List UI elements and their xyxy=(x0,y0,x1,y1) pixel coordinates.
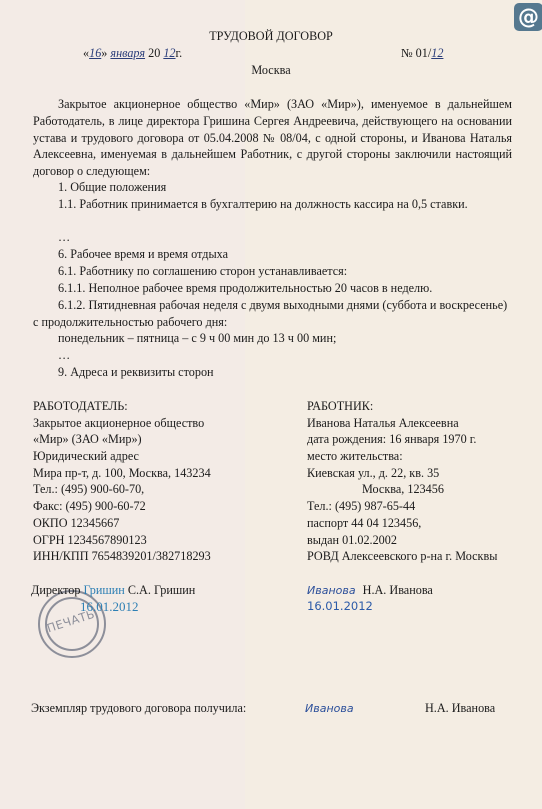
section-1-heading: 1. Общие положения xyxy=(58,180,166,195)
employee-line: паспорт 44 04 123456, xyxy=(307,515,497,532)
employee-signature: Иванова xyxy=(307,584,356,597)
employer-sign-title: Директор xyxy=(31,583,80,597)
clause-1-1: 1.1. Работник принимается в бухгалтерию … xyxy=(58,197,468,212)
employee-line: РОВД Алексеевского р-на г. Москвы xyxy=(307,548,497,565)
receipt-label: Экземпляр трудового договора получила: xyxy=(31,701,246,716)
employer-line: ОКПО 12345667 xyxy=(33,515,211,532)
number-prefix: № 01/ xyxy=(401,46,431,60)
employee-line: место жительства: xyxy=(307,448,497,465)
employee-line: Иванова Наталья Алексеевна xyxy=(307,415,497,432)
at-sign-icon: @ xyxy=(514,3,542,31)
employer-line: ИНН/КПП 7654839201/382718293 xyxy=(33,548,211,565)
employee-line: дата рождения: 16 января 1970 г. xyxy=(307,431,497,448)
contract-number: № 01/12 xyxy=(401,46,443,61)
employer-line: Закрытое акционерное общество xyxy=(33,415,211,432)
date-century: 20 xyxy=(148,46,160,60)
employee-line: Тел.: (495) 987-65-44 xyxy=(307,498,497,515)
date-day: 16 xyxy=(89,46,101,60)
employer-line: ОГРН 1234567890123 xyxy=(33,532,211,549)
employee-line: Киевская ул., д. 22, кв. 35 xyxy=(307,465,497,482)
clause-6-1-2: 6.1.2. Пятидневная рабочая неделя с двум… xyxy=(58,298,507,313)
date-month: января xyxy=(110,46,145,60)
employer-line: Факс: (495) 900-60-72 xyxy=(33,498,211,515)
clause-6-1-1: 6.1.1. Неполное рабочее время продолжите… xyxy=(58,281,432,296)
employer-line: «Мир» (ЗАО «Мир») xyxy=(33,431,211,448)
section-6-heading: 6. Рабочее время и время отдыха xyxy=(58,247,228,262)
employer-sign-date: 16.01.2012 xyxy=(80,599,139,615)
clause-6-1: 6.1. Работнику по соглашению сторон уста… xyxy=(58,264,347,279)
contract-city: Москва xyxy=(0,63,542,78)
ellipsis-1: … xyxy=(58,230,70,245)
employer-heading: РАБОТОДАТЕЛЬ: xyxy=(33,398,211,415)
date-suffix: г. xyxy=(176,46,183,60)
employee-heading: РАБОТНИК: xyxy=(307,398,497,415)
employer-details: РАБОТОДАТЕЛЬ: Закрытое акционерное общес… xyxy=(33,398,211,565)
employer-signature-line: Директор Гришин С.А. Гришин xyxy=(31,583,195,598)
date-year: 12 xyxy=(163,46,175,60)
employee-signature-line: Иванова Н.А. Иванова xyxy=(307,583,433,598)
employee-line: выдан 01.02.2002 xyxy=(307,532,497,549)
clause-6-1-2-cont: с продолжительностью рабочего дня: xyxy=(33,315,227,330)
receipt-signature: Иванова xyxy=(305,702,354,715)
work-schedule: понедельник – пятница – с 9 ч 00 мин до … xyxy=(58,331,336,346)
intro-paragraph: Закрытое акционерное общество «Мир» (ЗАО… xyxy=(33,96,512,180)
employer-line: Мира пр-т, д. 100, Москва, 143234 xyxy=(33,465,211,482)
section-9-heading: 9. Адреса и реквизиты сторон xyxy=(58,365,214,380)
employee-line: Москва, 123456 xyxy=(307,481,497,498)
employer-line: Тел.: (495) 900-60-70, xyxy=(33,481,211,498)
contract-date: «16» января 20 12г. xyxy=(83,46,182,61)
employee-details: РАБОТНИК: Иванова Наталья Алексеевна дат… xyxy=(307,398,497,565)
employee-sign-date: 16.01.2012 xyxy=(307,599,373,613)
employer-sign-name: С.А. Гришин xyxy=(128,583,195,597)
employer-signature: Гришин xyxy=(84,583,125,597)
document-title: ТРУДОВОЙ ДОГОВОР xyxy=(0,29,542,44)
employer-line: Юридический адрес xyxy=(33,448,211,465)
date-close-quote: » xyxy=(101,46,107,60)
receipt-name: Н.А. Иванова xyxy=(425,701,495,716)
number-year: 12 xyxy=(431,46,443,60)
employee-sign-name: Н.А. Иванова xyxy=(363,583,433,597)
ellipsis-2: … xyxy=(58,348,70,363)
